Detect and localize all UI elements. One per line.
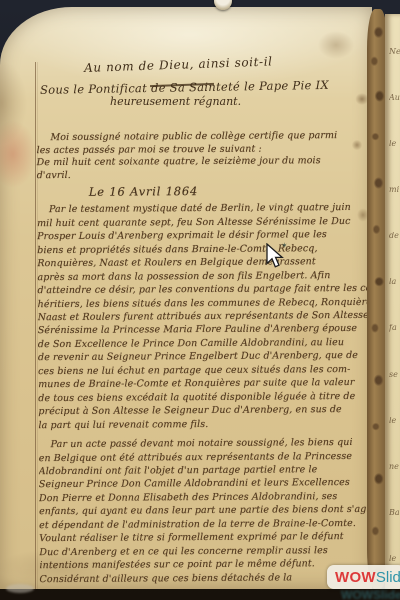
manuscript-photo-slide[interactable]: Au nom de Dieu, ainsi soit-il Sous le Po…: [0, 0, 400, 600]
manuscript-line: le: [389, 417, 400, 425]
manuscript-line: préciput à Son Altesse le Seigneur Duc d…: [38, 403, 371, 419]
manuscript-line: se: [389, 371, 400, 379]
manuscript-line: fa: [389, 324, 400, 332]
manuscript-line: Duc d'Arenberg et en ce qui les concerne…: [39, 544, 372, 560]
heading-pontificate: Sous le Pontificat de Sa Sainteté le Pap…: [40, 77, 370, 97]
ink-fleck: ✶: [281, 241, 288, 250]
manuscript-line: ne: [389, 463, 400, 471]
manuscript-line: Prosper Louis d'Arenberg exprimait le dé…: [37, 228, 370, 244]
manuscript-line: la: [389, 278, 400, 286]
manuscript-line: en Belgique ont été attribués aux représ…: [39, 449, 372, 465]
manuscript-line: Ne: [389, 48, 400, 56]
manuscript-line: le: [389, 555, 400, 563]
manuscript-line: Considérant d'ailleurs que ces biens dét…: [39, 570, 372, 586]
manuscript-line: Au: [389, 94, 400, 102]
watermark-slider-text: Slider: [376, 569, 400, 586]
manuscript-line: mi: [389, 186, 400, 194]
manuscript-line: De mil huit cent soixante quatre, le sei…: [37, 155, 370, 170]
document-heading: Au nom de Dieu, ainsi soit-il Sous le Po…: [40, 56, 370, 108]
watermark-reflection-wow: WOW: [341, 588, 373, 600]
watermark-wow-text: WOW: [335, 569, 376, 586]
partition-paragraph: Par un acte passé devant moi notaire sou…: [39, 436, 373, 586]
date-line: Le 16 Avril 1864: [89, 183, 370, 199]
wowslider-watermark-link[interactable]: WOWSlider: [327, 565, 400, 589]
adjacent-page: NeAulemidelafaseleneBale: [385, 14, 400, 589]
manuscript-body: Moi soussigné notaire public de collège …: [36, 130, 372, 586]
manuscript-line: le: [389, 140, 400, 148]
notary-certification-paragraph: Moi soussigné notaire public de collège …: [36, 130, 369, 183]
testament-paragraph: Par le testament mystique daté de Berlin…: [37, 201, 372, 432]
photo-edge-highlight: [6, 584, 34, 593]
manuscript-line: Moi soussigné notaire public de collège …: [36, 130, 369, 145]
watermark-reflection: WOWSlider: [341, 588, 400, 600]
manuscript-line: Ba: [389, 509, 400, 517]
watermark-reflection-slider: Slider: [373, 588, 400, 600]
manuscript-line: d'avril.: [37, 168, 370, 183]
manuscript-line: de: [389, 232, 400, 240]
heading-regnant: heureusement régnant.: [110, 95, 370, 108]
manuscript-line: la part qui lui revenait comme fils.: [38, 416, 371, 432]
